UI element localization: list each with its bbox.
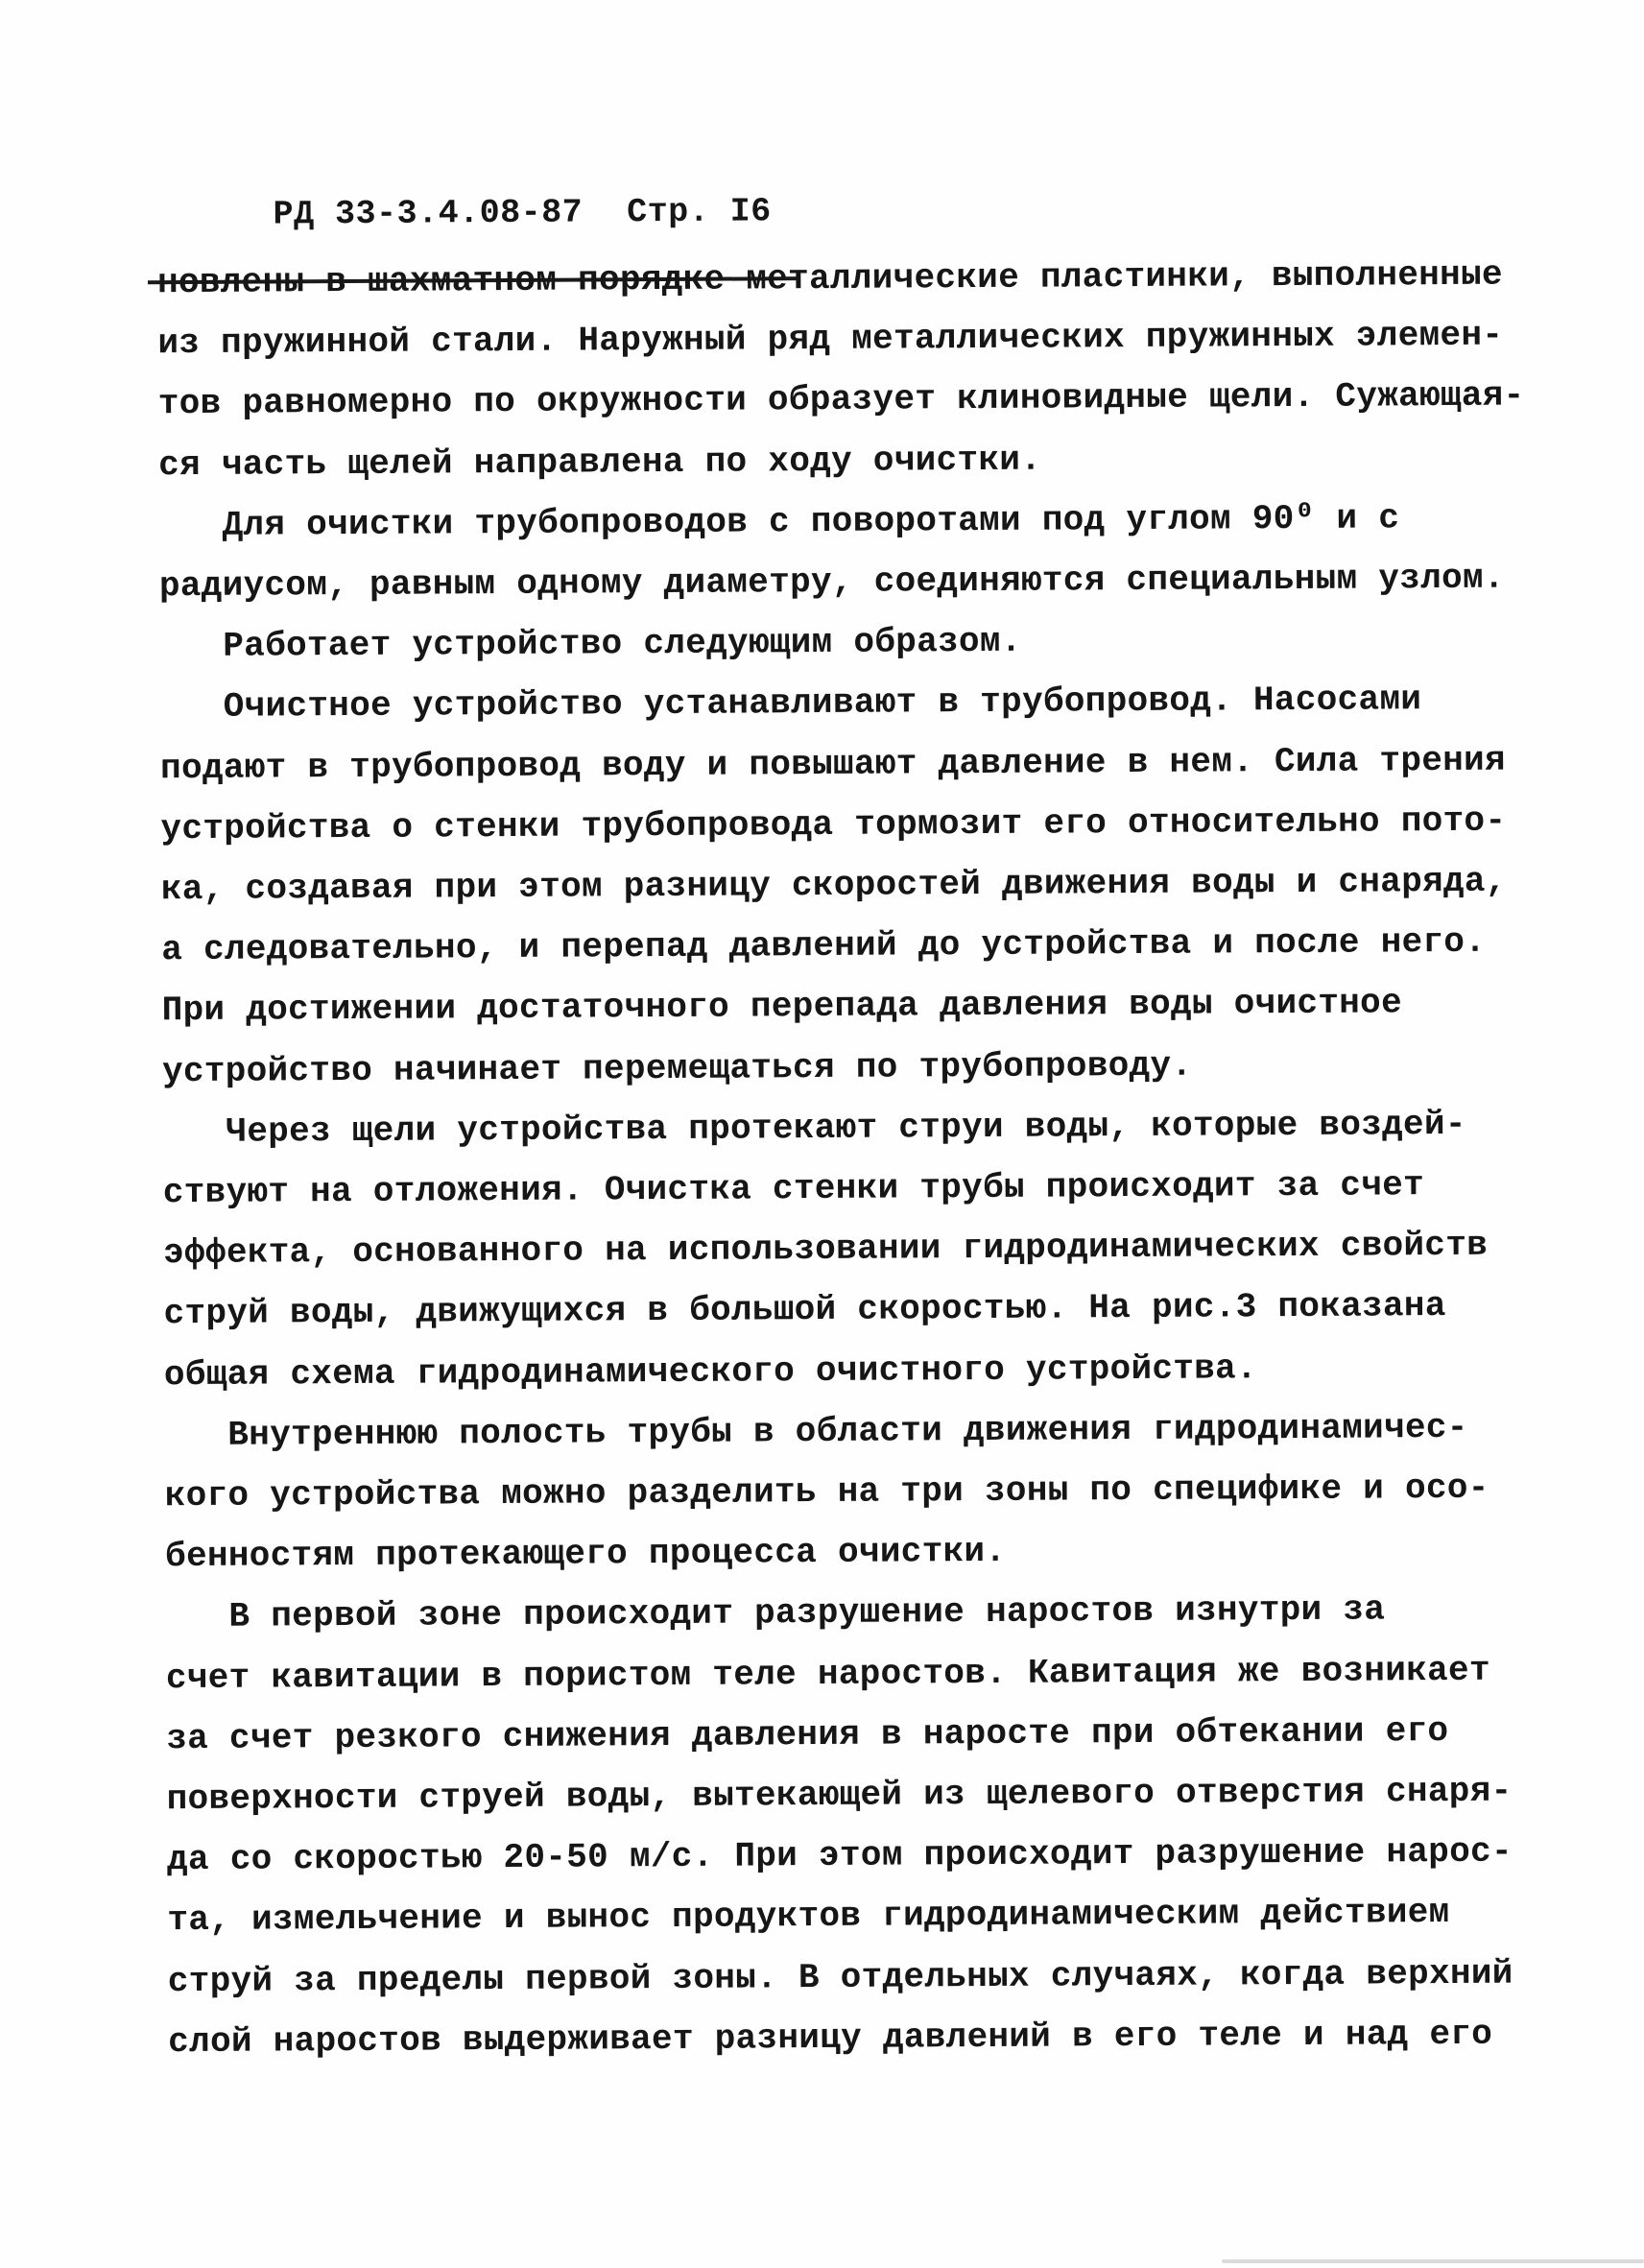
body-text: новлены в шахматном порядке металлически… [157,245,1532,2073]
scanned-content: РД 33-3.4.08-87Стр. I6 новлены в шахматн… [0,0,1644,2268]
text-line: новлены в шахматном порядке металлически… [157,245,1520,314]
text-line: кого устройства можно разделить на три з… [165,1458,1528,1527]
text-line: устройства о стенки трубопровода тормози… [160,790,1523,859]
text-line: устройство начинает перемещаться по труб… [162,1033,1525,1102]
scan-artifact [1222,2259,1644,2263]
text-line: бенностям протекающего процесса очистки. [165,1518,1528,1588]
text-line: общая схема гидродинамического очистного… [164,1336,1527,1405]
text-line: а следовательно, и перепад давлений до у… [161,912,1524,981]
text-line: за счет резкого снижения давления в наро… [166,1700,1529,1769]
text-line: При достижении достаточного перепада дав… [161,972,1524,1041]
text-line: из пружинной стали. Наружный ряд металли… [157,305,1520,374]
text-line: Для очистки трубопроводов с поворотами п… [158,487,1521,556]
text-line: поверхности струей воды, вытекающей из щ… [166,1761,1529,1830]
text-line: та, измельчение и вынос продуктов гидрод… [167,1882,1530,1951]
text-line: слой наростов выдерживает разницу давлен… [168,2003,1531,2072]
text-line: ствуют на отложения. Очистка стенки труб… [163,1155,1526,1224]
text-line: струй за пределы первой зоны. В отдельны… [168,1943,1531,2012]
text-line: струй воды, движущихся в большой скорост… [163,1276,1526,1345]
text-line: Через щели устройства протекают струи во… [162,1093,1525,1162]
text-line: В первой зоне происходит разрушение наро… [165,1579,1528,1648]
doc-number: РД 33-3.4.08-87 [273,194,583,234]
text-line: счет кавитации в пористом теле наростов.… [166,1639,1529,1708]
page-number: Стр. I6 [627,192,772,231]
text-line: тов равномерно по окружности образует кл… [158,366,1521,435]
text-line: ся часть щелей направлена по ходу очистк… [158,426,1521,495]
text-line: Внутреннюю полость трубы в области движе… [164,1397,1527,1466]
text-line: эффекта, основанного на использовании ги… [163,1215,1526,1284]
document-page: РД 33-3.4.08-87Стр. I6 новлены в шахматн… [0,0,1644,2268]
text-line: ка, создавая при этом разницу скоростей … [161,851,1524,920]
text-line: Работает устройство следующим образом. [159,609,1522,678]
text-line: подают в трубопровод воду и повышают дав… [160,729,1523,799]
text-line: Очистное устройство устанавливают в труб… [160,669,1523,738]
text-line: радиусом, равным одному диаметру, соедин… [159,548,1522,617]
text-line: да со скоростью 20-50 м/с. При этом прои… [167,1822,1530,1891]
